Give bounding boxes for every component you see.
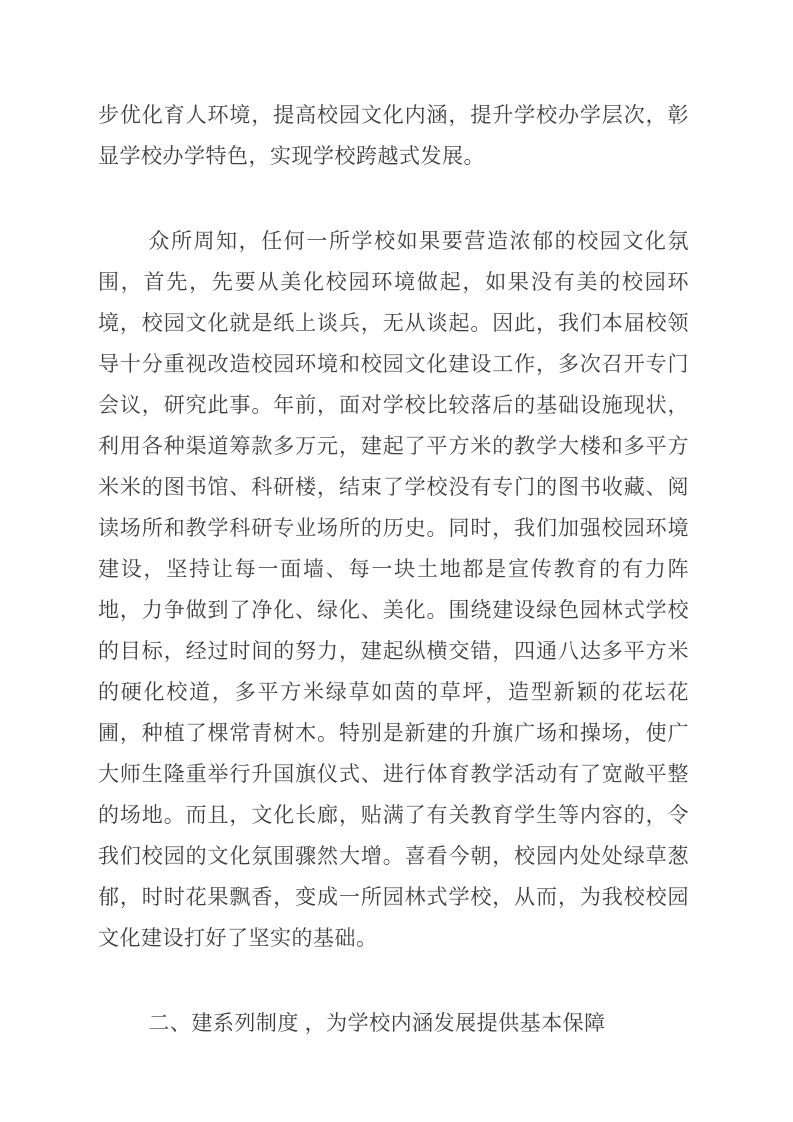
document-page: 步优化育人环境，提高校园文化内涵，提升学校办学层次，彰显学校办学特色，实现学校跨… — [0, 0, 793, 1122]
document-text-block: 步优化育人环境，提高校园文化内涵，提升学校办学层次，彰显学校办学特色，实现学校跨… — [0, 0, 793, 1044]
body-paragraph: 众所周知，任何一所学校如果要营造浓郁的校园文化氛围，首先，先要从美化校园环境做起… — [98, 221, 689, 959]
section-heading: 二、建系列制度 ，为学校内涵发展提供基本保障 — [98, 1003, 689, 1044]
body-paragraph-continued: 步优化育人环境，提高校园文化内涵，提升学校办学层次，彰显学校办学特色，实现学校跨… — [98, 95, 689, 177]
